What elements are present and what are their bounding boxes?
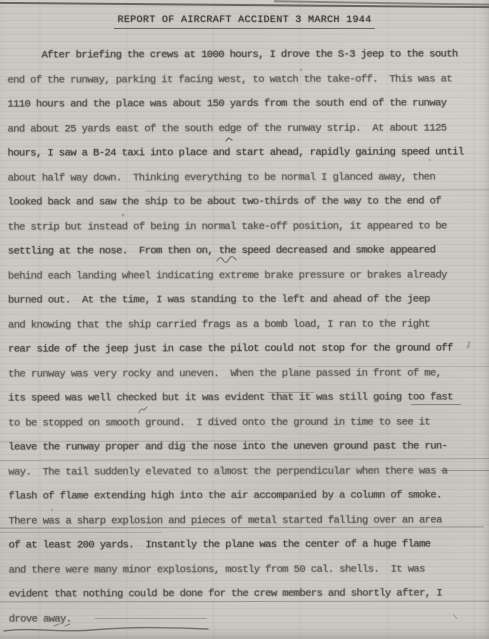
- text-line: flash of flame extending high into the a…: [8, 483, 485, 509]
- text-line: There was a sharp explosion and pieces o…: [8, 508, 485, 534]
- report-body: After briefing the crews at 1000 hours, …: [7, 42, 486, 631]
- text-line: the runway was very rocky and uneven. Wh…: [8, 361, 485, 387]
- text-line: end of the runway, parking it facing wes…: [7, 67, 484, 93]
- text-line: hours, I saw a B-24 taxi into place and …: [7, 140, 484, 166]
- text-line: to be stopped on smooth ground. I dived …: [8, 410, 485, 436]
- text-line: burned out. At the time, I was standing …: [8, 287, 485, 313]
- text-line: its speed was well checked but it was ev…: [8, 385, 485, 411]
- pencil-insertion-caret-mark: ^: [223, 135, 236, 152]
- text-line: and there were many minor explosions, mo…: [9, 557, 486, 583]
- scanned-report-page: REPORT OF AIRCRAFT ACCIDENT 3 MARCH 1944…: [0, 0, 489, 639]
- text-line: looked back and saw the ship to be about…: [8, 189, 485, 215]
- text-line: 1110 hours and the place was about 150 y…: [7, 91, 484, 117]
- text-line: rear side of the jeep just in case the p…: [8, 336, 485, 362]
- text-line: settling at the nose. From then on, the …: [8, 238, 485, 264]
- pencil-scribble-mark: [216, 256, 238, 265]
- text-line: way. The tail suddenly elevated to almos…: [8, 459, 485, 485]
- text-line: leave the runway proper and dig the nose…: [8, 434, 485, 460]
- pencil-bottom-squiggle-mark: [2, 622, 212, 636]
- text-line: and about 25 yards east of the south edg…: [7, 116, 484, 142]
- document-title: REPORT OF AIRCRAFT ACCIDENT 3 MARCH 1944: [0, 15, 489, 29]
- pencil-caret-small-mark: [138, 406, 148, 414]
- text-line: evident that nothing could be done for t…: [9, 581, 486, 607]
- text-line: about half way down. Thinking everything…: [8, 165, 485, 191]
- text-line: After briefing the crews at 1000 hours, …: [7, 42, 484, 68]
- text-line: the strip but instead of being in normal…: [8, 214, 485, 240]
- text-line: of at least 200 yards. Instantly the pla…: [9, 532, 486, 558]
- text-line: and knowing that the ship carried frags …: [8, 312, 485, 338]
- text-line: behind each landing wheel indicating ext…: [8, 263, 485, 289]
- document-title-text: REPORT OF AIRCRAFT ACCIDENT 3 MARCH 1944: [114, 15, 374, 29]
